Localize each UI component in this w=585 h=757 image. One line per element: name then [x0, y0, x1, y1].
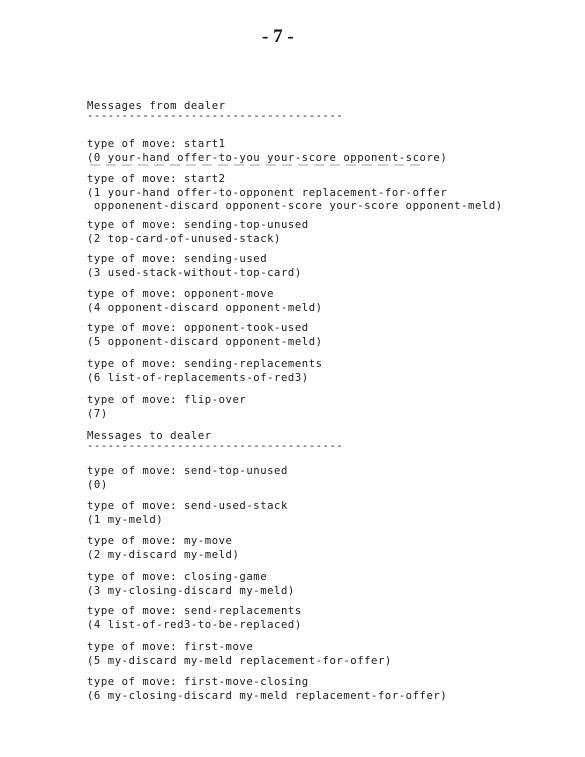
- move-type: type of move: first-move: [87, 641, 253, 653]
- move-type: type of move: opponent-took-used: [87, 322, 309, 334]
- move-entry: type of move: sending-used (3 used-stack…: [87, 253, 302, 280]
- move-type: type of move: start2: [87, 173, 226, 185]
- move-type: type of move: sending-replacements: [87, 358, 323, 370]
- move-type: type of move: sending-used: [87, 253, 267, 265]
- move-args: (5 my-discard my-meld replacement-for-of…: [87, 655, 392, 667]
- move-args: (2 top-card-of-unused-stack): [87, 233, 281, 245]
- move-entry: type of move: start1 (0 your-hand offer-…: [87, 138, 447, 165]
- move-entry: type of move: opponent-took-used (5 oppo…: [87, 322, 323, 349]
- move-entry: type of move: opponent-move (4 opponent-…: [87, 288, 323, 315]
- move-type: type of move: opponent-move: [87, 288, 274, 300]
- move-args: (6 list-of-replacements-of-red3): [87, 372, 309, 384]
- move-entry: type of move: closing-game (3 my-closing…: [87, 571, 295, 598]
- move-args: (0 your-hand offer-to-you your-score opp…: [87, 152, 447, 164]
- heading-underline: -------------------------------------: [87, 440, 343, 452]
- move-args-continued: opponenent-discard opponent-score your-s…: [87, 200, 503, 212]
- move-entry: type of move: flip-over (7): [87, 394, 246, 421]
- move-type: type of move: first-move-closing: [87, 676, 309, 688]
- move-args: (1 your-hand offer-to-opponent replaceme…: [87, 187, 447, 199]
- move-type: type of move: send-top-unused: [87, 465, 288, 477]
- move-args: (1 my-meld): [87, 514, 163, 526]
- move-type: type of move: send-used-stack: [87, 500, 288, 512]
- move-entry: type of move: first-move-closing (6 my-c…: [87, 676, 447, 703]
- move-entry: type of move: sending-replacements (6 li…: [87, 358, 323, 385]
- move-type: type of move: flip-over: [87, 394, 246, 406]
- move-args: (0): [87, 479, 108, 491]
- move-args: (3 my-closing-discard my-meld): [87, 585, 295, 597]
- move-entry: type of move: sending-top-unused (2 top-…: [87, 219, 309, 246]
- move-args: (6 my-closing-discard my-meld replacemen…: [87, 690, 447, 702]
- move-entry: type of move: send-used-stack (1 my-meld…: [87, 500, 288, 527]
- move-type: type of move: send-replacements: [87, 605, 302, 617]
- move-args: (4 opponent-discard opponent-meld): [87, 302, 323, 314]
- move-entry: type of move: first-move (5 my-discard m…: [87, 641, 392, 668]
- move-type: type of move: my-move: [87, 535, 233, 547]
- move-args: (3 used-stack-without-top-card): [87, 267, 302, 279]
- heading-underline: -------------------------------------: [87, 110, 343, 122]
- move-args: (7): [87, 408, 108, 420]
- move-args: (4 list-of-red3-to-be-replaced): [87, 619, 302, 631]
- move-entry: type of move: my-move (2 my-discard my-m…: [87, 535, 239, 562]
- move-entry: type of move: send-top-unused (0): [87, 465, 288, 492]
- page-number: - 7 -: [262, 26, 294, 48]
- move-entry: type of move: start2 (1 your-hand offer-…: [87, 173, 503, 214]
- move-args: (2 my-discard my-meld): [87, 549, 239, 561]
- print-smudge: [90, 164, 420, 166]
- move-args: (5 opponent-discard opponent-meld): [87, 336, 323, 348]
- move-type: type of move: closing-game: [87, 571, 267, 583]
- move-entry: type of move: send-replacements (4 list-…: [87, 605, 302, 632]
- move-type: type of move: start1: [87, 138, 226, 150]
- move-type: type of move: sending-top-unused: [87, 219, 309, 231]
